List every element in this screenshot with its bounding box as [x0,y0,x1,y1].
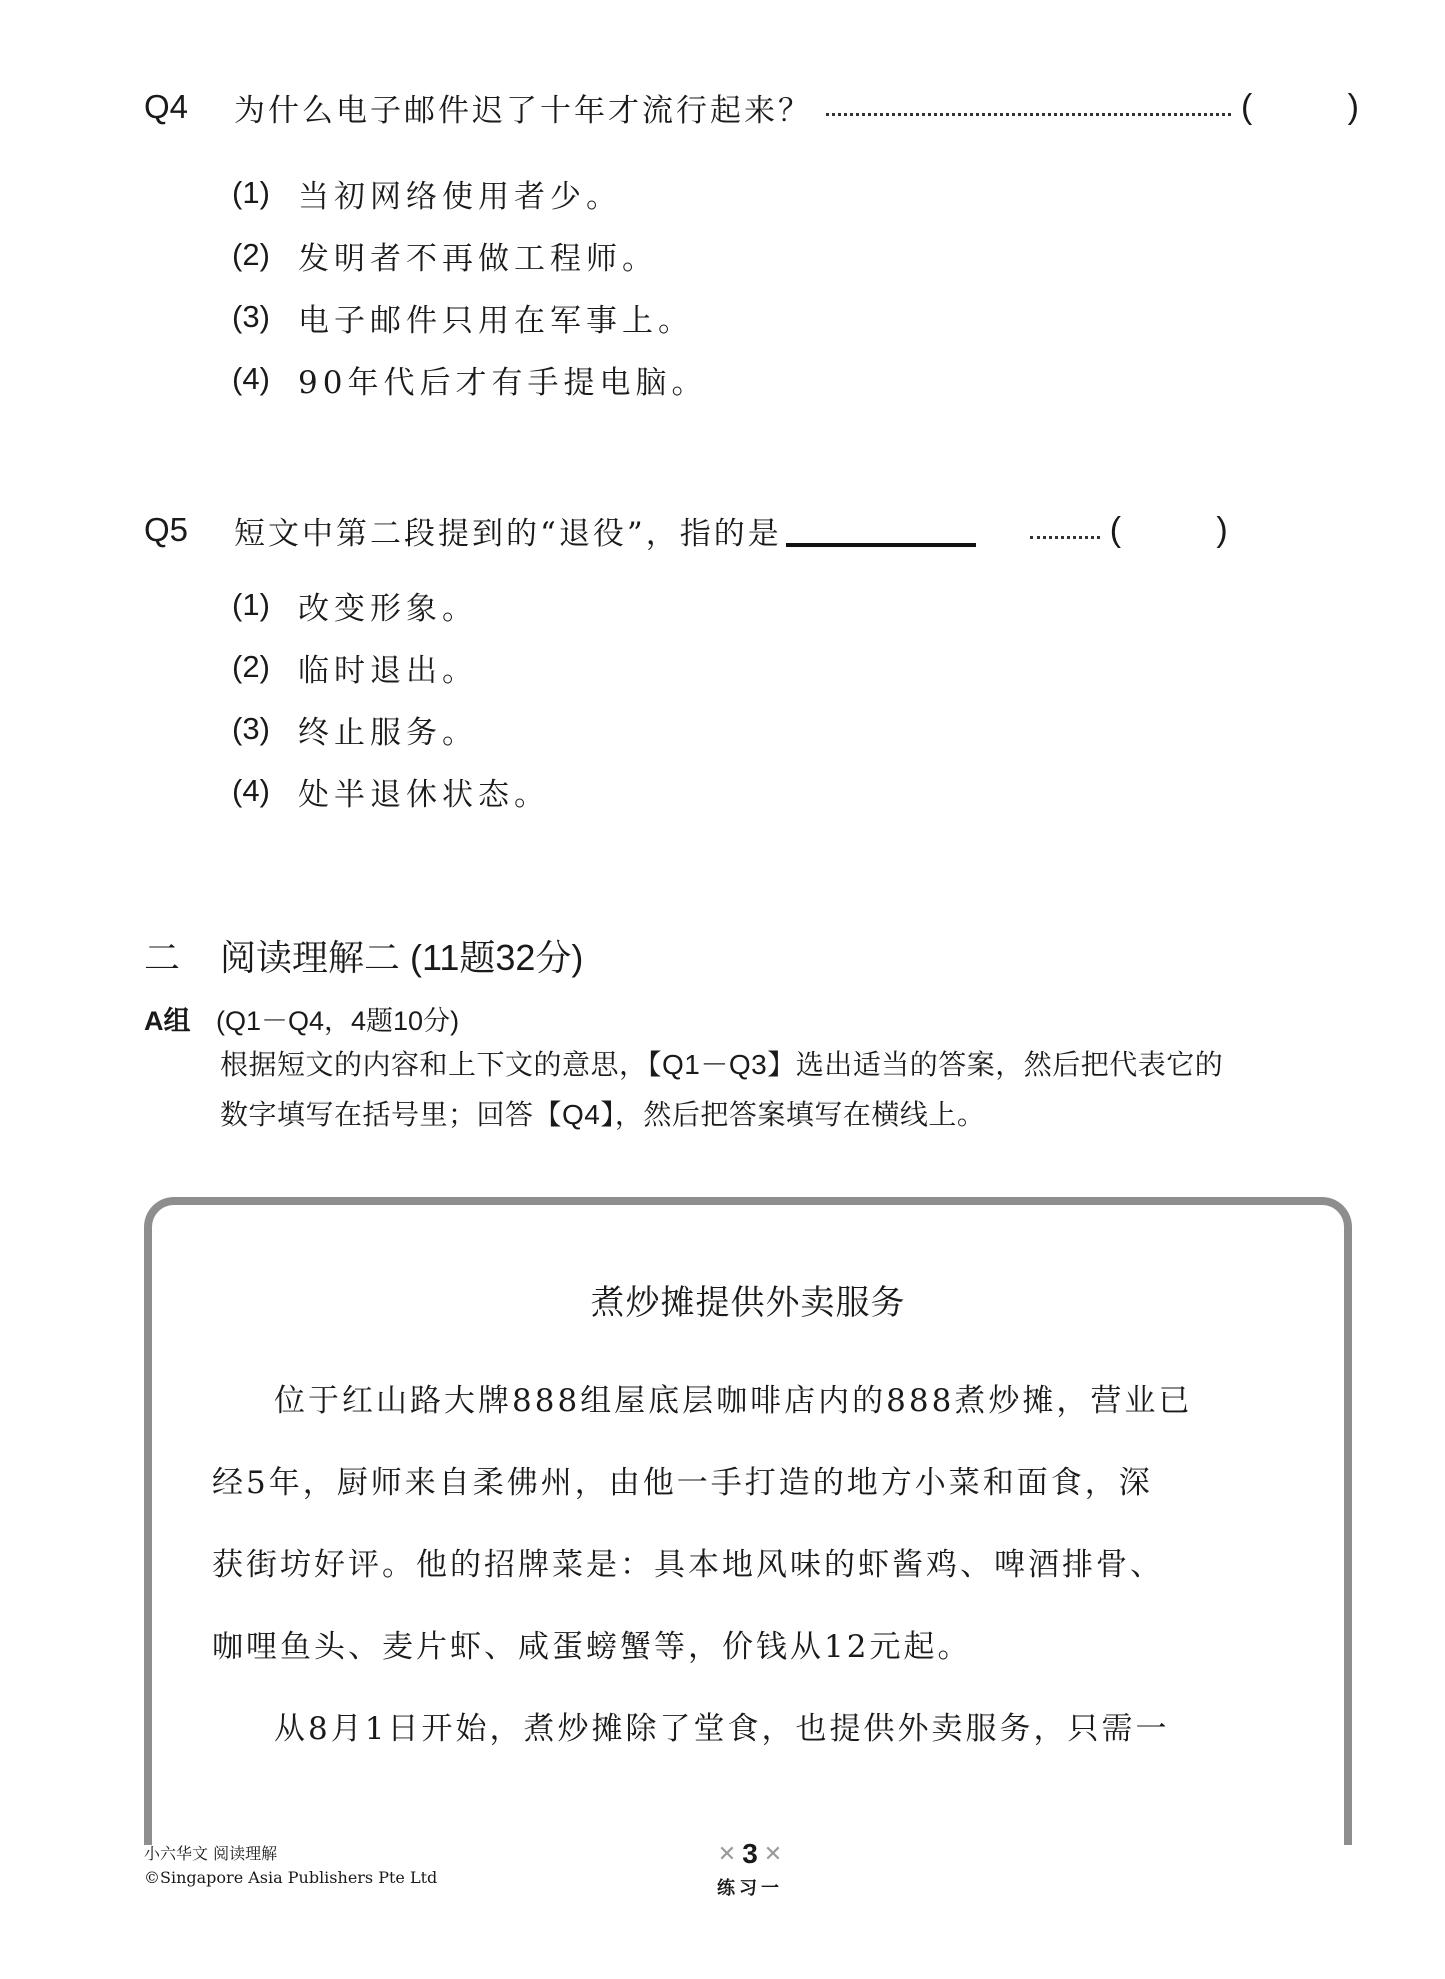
answer-bracket[interactable]: ( ) [1110,511,1228,550]
option-text: 当初网络使用者少。 [298,171,622,216]
passage-line: 经5年，厨师来自柔佛州，由他一手打造的地方小菜和面食，深 [212,1457,1302,1502]
option-item: (3) 电子邮件只用在军事上。 [232,292,694,342]
bracket-open: ( [1241,88,1252,127]
option-text: 90年代后才有手提电脑。 [298,357,707,402]
option-item: (3) 终止服务。 [232,704,478,754]
option-number: (4) [232,361,298,397]
footer-page: ✕ 3 ✕ 练习一 [690,1838,810,1900]
passage-title: 煮炒摊提供外卖服务 [152,1275,1344,1324]
section-number: 二 [144,930,220,981]
option-number: (4) [232,773,298,809]
bracket-close: ) [1348,88,1359,127]
question-number: Q4 [144,88,234,126]
instruction-line: 数字填写在括号里；回答【Q4】，然后把答案填写在横线上。 [220,1090,1360,1140]
passage-line: 从8月1日开始，煮炒摊除了堂食，也提供外卖服务，只需一 [274,1703,1304,1748]
book-title: 小六华文 阅读理解 [144,1842,437,1866]
flourish-icon: ✕ [718,1842,736,1867]
footer-left: 小六华文 阅读理解 ©Singapore Asia Publishers Pte… [144,1842,437,1890]
option-number: (2) [232,649,298,685]
section-heading: 二 阅读理解二 (11题32分) [144,930,583,980]
passage-line: 咖哩鱼头、麦片虾、咸蛋螃蟹等，价钱从12元起。 [212,1621,1302,1666]
option-item: (4) 90年代后才有手提电脑。 [232,354,707,404]
copyright: ©Singapore Asia Publishers Pte Ltd [144,1866,437,1890]
exercise-label: 练习一 [690,1874,810,1900]
option-item: (1) 改变形象。 [232,580,478,630]
option-text: 临时退出。 [298,645,478,690]
section-title: 阅读理解二 (11题32分) [220,930,583,981]
question-number: Q5 [144,511,234,549]
option-text: 电子邮件只用在军事上。 [298,295,694,340]
dotted-leader [1030,536,1100,539]
question-text: 短文中第二段提到的“退役”，指的是 [234,508,782,553]
option-item: (2) 临时退出。 [232,642,478,692]
option-number: (2) [232,237,298,273]
passage-line: 位于红山路大牌888组屋底层咖啡店内的888煮炒摊，营业已 [274,1375,1304,1420]
option-number: (3) [232,711,298,747]
option-text: 终止服务。 [298,707,478,752]
option-number: (1) [232,587,298,623]
passage-box: 煮炒摊提供外卖服务 位于红山路大牌888组屋底层咖啡店内的888煮炒摊，营业已 … [144,1197,1352,1845]
option-number: (3) [232,299,298,335]
option-item: (1) 当初网络使用者少。 [232,168,622,218]
option-item: (2) 发明者不再做工程师。 [232,230,658,280]
answer-bracket[interactable]: ( ) [1241,88,1359,127]
option-text: 发明者不再做工程师。 [298,233,658,278]
group-info: (Q1－Q4，4题10分) [216,999,459,1038]
group-label: A组 [144,999,216,1038]
bracket-close: ) [1216,511,1227,550]
passage-line: 获街坊好评。他的招牌菜是：具本地风味的虾酱鸡、啤酒排骨、 [212,1539,1302,1584]
option-number: (1) [232,175,298,211]
option-text: 处半退休状态。 [298,769,550,814]
answer-blank-line[interactable] [786,513,976,547]
question-q5: Q5 短文中第二段提到的“退役”，指的是 ( ) [144,505,1359,555]
question-text: 为什么电子邮件迟了十年才流行起来？ [234,85,812,130]
flourish-icon: ✕ [764,1842,782,1867]
group-heading: A组 (Q1－Q4，4题10分) [144,998,459,1038]
option-item: (4) 处半退休状态。 [232,766,550,816]
instruction-line: 根据短文的内容和上下文的意思，【Q1－Q3】选出适当的答案，然后把代表它的 [220,1040,1360,1090]
question-q4: Q4 为什么电子邮件迟了十年才流行起来？ ( ) [144,82,1359,132]
bracket-open: ( [1110,511,1121,550]
page-number: 3 [742,1838,758,1870]
dotted-leader [826,113,1231,116]
option-text: 改变形象。 [298,583,478,628]
